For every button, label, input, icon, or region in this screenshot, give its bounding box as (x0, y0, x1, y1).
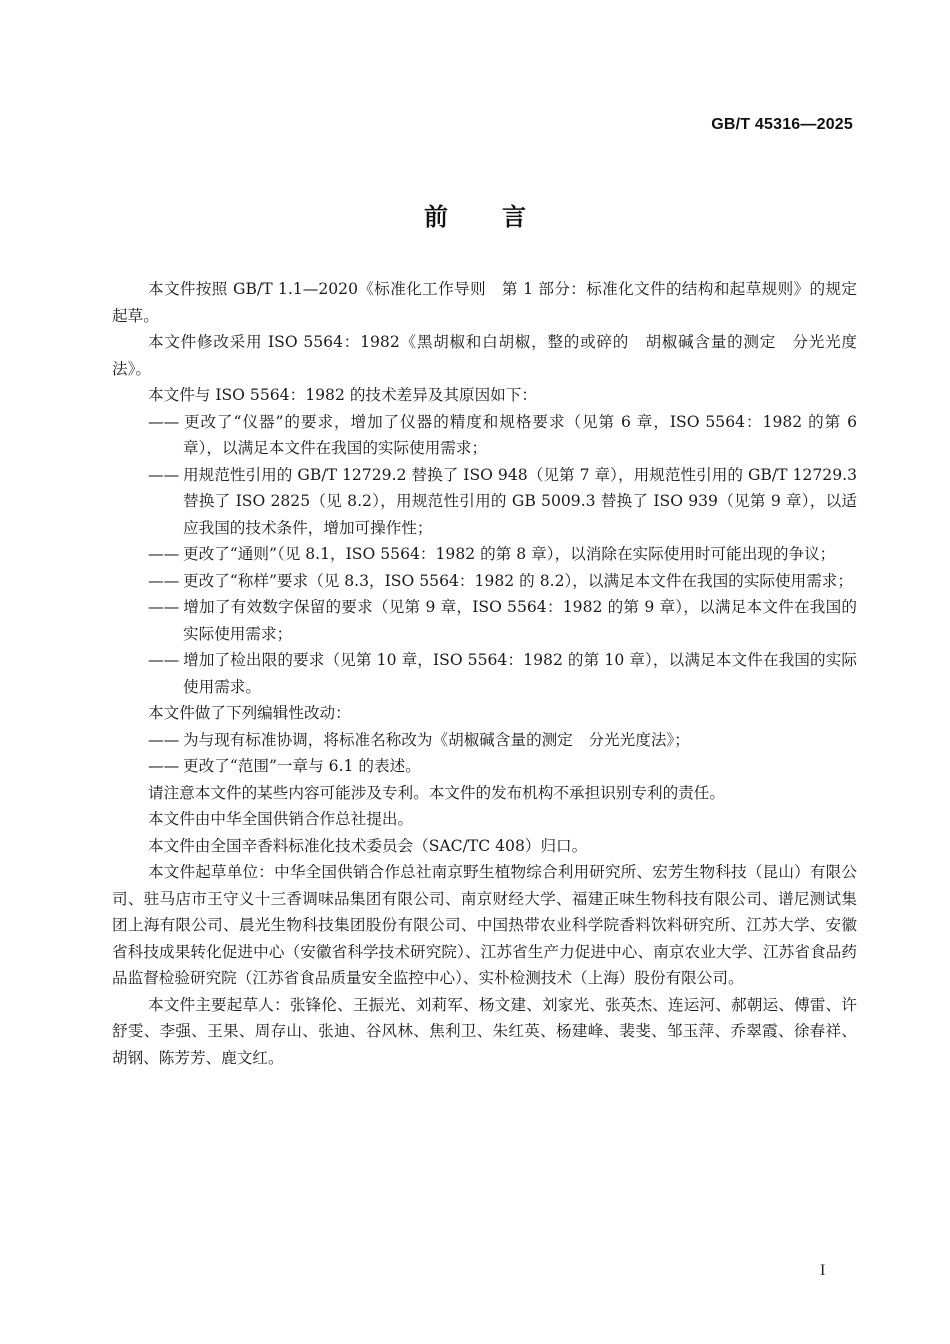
dash-marker: —— (148, 647, 183, 674)
foreword-body: 本文件按照 GB/T 1.1—2020《标准化工作导则 第 1 部分：标准化文件… (112, 276, 857, 1071)
dash-marker: —— (148, 541, 183, 568)
paragraph-proposer: 本文件由中华全国供销合作总社提出。 (112, 806, 857, 833)
tech-diff-item: ——更改了“仪器”的要求，增加了仪器的精度和规格要求（见第 6 章，ISO 55… (112, 409, 857, 462)
standard-code: GB/T 45316—2025 (711, 116, 853, 134)
dash-marker: —— (148, 568, 183, 595)
tech-diff-item: ——增加了检出限的要求（见第 10 章，ISO 5564：1982 的第 10 … (112, 647, 857, 700)
title-char-1: 前 (424, 197, 448, 232)
paragraph-editorial-intro: 本文件做了下列编辑性改动： (112, 700, 857, 727)
dash-marker: —— (148, 594, 183, 621)
paragraph-patent-notice: 请注意本文件的某些内容可能涉及专利。本文件的发布机构不承担识别专利的责任。 (112, 780, 857, 807)
dash-marker: —— (148, 727, 183, 754)
paragraph-drafting-rules: 本文件按照 GB/T 1.1—2020《标准化工作导则 第 1 部分：标准化文件… (112, 276, 857, 329)
tech-diff-item: ——增加了有效数字保留的要求（见第 9 章，ISO 5564：1982 的第 9… (112, 594, 857, 647)
dash-marker: —— (148, 409, 183, 436)
tech-diff-item: ——更改了“称样”要求（见 8.3，ISO 5564：1982 的 8.2），以… (112, 568, 857, 595)
editorial-change-item: ——为与现有标准协调，将标准名称改为《胡椒碱含量的测定 分光光度法》； (112, 727, 857, 754)
dash-marker: —— (148, 753, 183, 780)
title-char-2: 言 (502, 197, 526, 232)
paragraph-drafting-units: 本文件起草单位：中华全国供销合作总社南京野生植物综合利用研究所、宏芳生物科技（昆… (112, 859, 857, 992)
dash-marker: —— (148, 462, 183, 489)
page-title: 前言 (0, 197, 950, 232)
paragraph-committee: 本文件由全国辛香料标准化技术委员会（SAC/TC 408）归口。 (112, 833, 857, 860)
page-number: I (820, 1262, 825, 1280)
paragraph-adoption: 本文件修改采用 ISO 5564：1982《黑胡椒和白胡椒，整的或碎的 胡椒碱含… (112, 329, 857, 382)
paragraph-drafters: 本文件主要起草人：张锋伦、王振光、刘莉军、杨文建、刘家光、张英杰、连运河、郝朝运… (112, 992, 857, 1072)
tech-diff-item: ——用规范性引用的 GB/T 12729.2 替换了 ISO 948（见第 7 … (112, 462, 857, 542)
editorial-change-item: ——更改了“范围”一章与 6.1 的表述。 (112, 753, 857, 780)
tech-diff-item: ——更改了“通则”（见 8.1，ISO 5564：1982 的第 8 章），以消… (112, 541, 857, 568)
document-page: GB/T 45316—2025 前言 本文件按照 GB/T 1.1—2020《标… (0, 0, 950, 1344)
paragraph-tech-diff-intro: 本文件与 ISO 5564：1982 的技术差异及其原因如下： (112, 382, 857, 409)
